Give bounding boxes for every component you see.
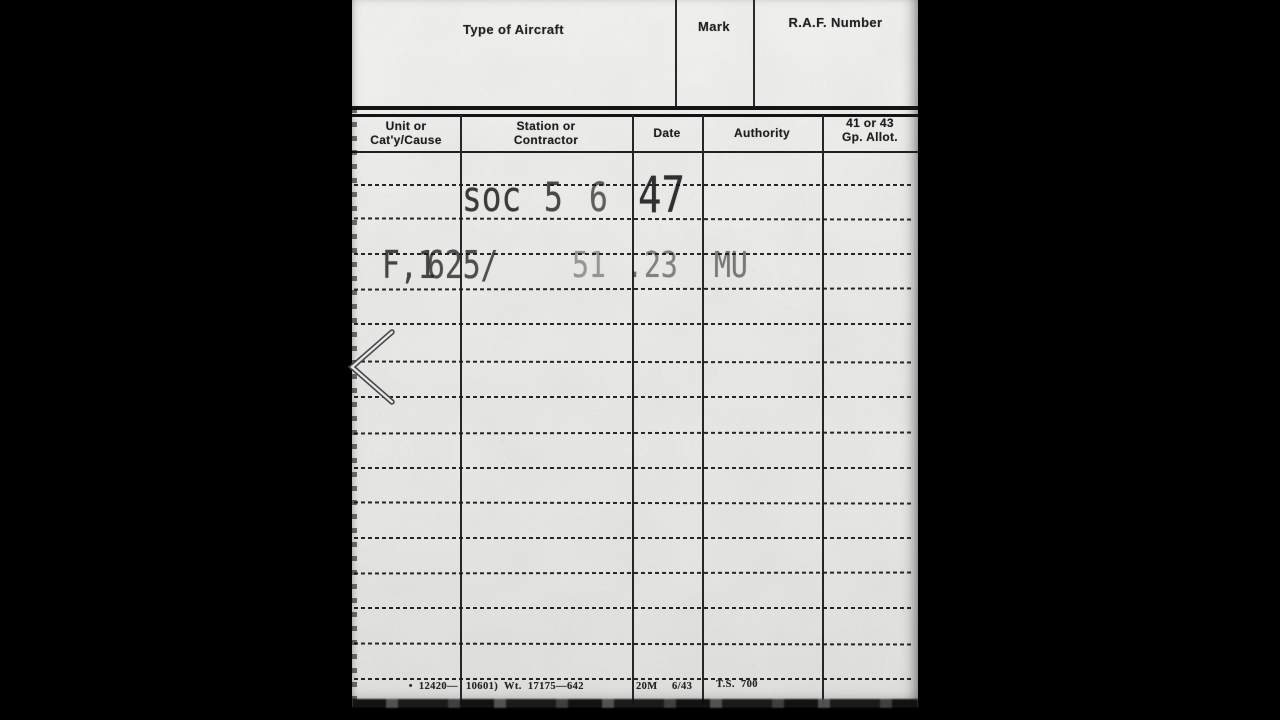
raf-number-label: R.A.F. Number bbox=[753, 15, 918, 30]
type-of-aircraft-label: Type of Aircraft bbox=[352, 22, 675, 37]
column-header-gp-allot: 41 or 43Gp. Allot. bbox=[822, 116, 918, 144]
stamp-text: 51 bbox=[572, 248, 606, 284]
table-row bbox=[354, 323, 914, 325]
imprint-quantity: 20M bbox=[636, 681, 658, 692]
stamp-text: 23 bbox=[644, 248, 678, 284]
mark-label: Mark bbox=[675, 19, 753, 34]
scan-bottom-edge bbox=[352, 699, 918, 708]
table-row bbox=[354, 643, 914, 646]
chevron-left-icon[interactable] bbox=[345, 328, 399, 406]
stamp-text: MU bbox=[714, 248, 748, 284]
stamp-text: 47 bbox=[638, 170, 685, 220]
imprint-printer-code: T.S. 700 bbox=[716, 679, 758, 690]
imprint-serial-right: 10601) Wt. 17175—642 bbox=[466, 681, 584, 692]
top-divider-mark-left bbox=[675, 0, 677, 107]
table-row bbox=[354, 501, 914, 504]
table-row bbox=[354, 678, 914, 680]
scan-viewer-background: Type of Aircraft Mark R.A.F. Number Unit… bbox=[0, 0, 1280, 720]
table-row bbox=[354, 607, 914, 609]
stamp-text: . bbox=[626, 248, 643, 284]
column-header-unit: Unit orCat'y/Cause bbox=[352, 119, 460, 147]
table-row bbox=[354, 396, 914, 398]
soc-stamp-entry: soc 5 6 47 bbox=[352, 170, 918, 222]
imprint-serial-left: • 12420— bbox=[362, 681, 458, 692]
stamp-text: soc bbox=[462, 176, 521, 218]
column-header-authority: Authority bbox=[702, 126, 822, 140]
header-underline bbox=[352, 151, 918, 153]
stamp-text: 6 bbox=[589, 178, 608, 218]
raf-aircraft-movement-card: Type of Aircraft Mark R.A.F. Number Unit… bbox=[352, 0, 918, 707]
imprint-date: 6/43 bbox=[672, 681, 692, 692]
stamp-text: 5 bbox=[544, 178, 563, 218]
column-header-station: Station orContractor bbox=[460, 119, 632, 147]
table-row bbox=[354, 361, 914, 364]
table-row bbox=[354, 432, 914, 435]
column-header-date: Date bbox=[632, 126, 702, 140]
table-row bbox=[354, 467, 914, 469]
reference-stamp-entry: F,1 625/ 51 . 23 MU bbox=[352, 244, 918, 294]
table-row bbox=[354, 537, 914, 539]
table-row bbox=[354, 572, 914, 575]
top-section-bottom-border bbox=[352, 106, 918, 110]
stamp-text: 625/ bbox=[427, 246, 498, 284]
